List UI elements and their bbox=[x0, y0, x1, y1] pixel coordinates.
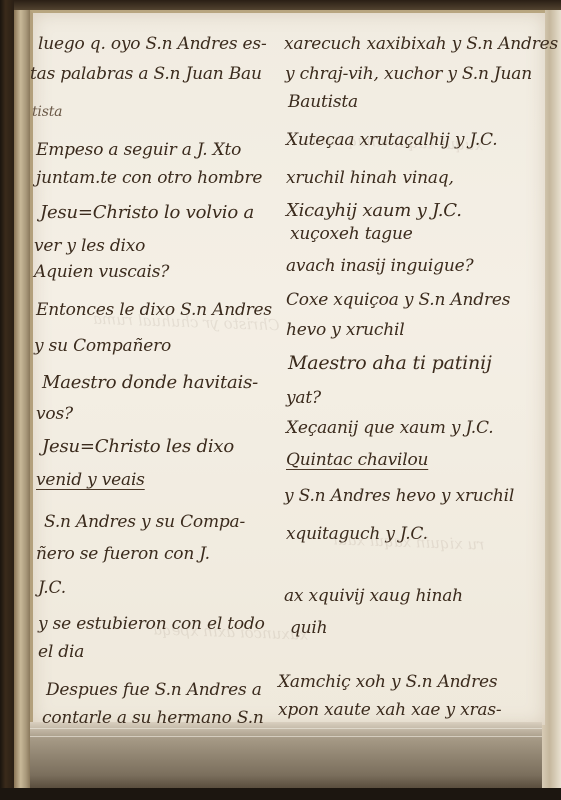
spanish-line: venid y veais bbox=[36, 470, 145, 490]
spanish-line: Empeso a seguir a J. Xto bbox=[36, 140, 241, 160]
kaqchikel-line: quih bbox=[290, 618, 327, 638]
kaqchikel-line: hevo y xruchil bbox=[286, 320, 404, 340]
spanish-line: Maestro donde havitais- bbox=[42, 372, 258, 393]
spanish-line: y su Compañero bbox=[34, 336, 171, 356]
kaqchikel-line: xarecuch xaxibixah y S.n Andres bbox=[284, 34, 558, 54]
kaqchikel-line: Maestro aha ti patinij bbox=[288, 352, 492, 374]
kaqchikel-line: xquitaguch y J.C. bbox=[286, 524, 428, 544]
spanish-line: y se estubieron con el todo bbox=[38, 614, 265, 634]
book-spine-left bbox=[0, 0, 14, 800]
kaqchikel-line: Xamchiç xoh y S.n Andres bbox=[278, 672, 497, 692]
kaqchikel-line: y S.n Andres hevo y xruchil bbox=[284, 486, 514, 506]
kaqchikel-line: y chraj-vih, xuchor y S.n Juan bbox=[285, 64, 532, 84]
spanish-line: ñero se fueron con J. bbox=[36, 544, 210, 564]
spanish-line: contarle a su hermano S.n bbox=[42, 708, 264, 728]
spanish-line: Aquien vuscais? bbox=[34, 262, 169, 282]
kaqchikel-line: avach inasij inguigue? bbox=[286, 256, 473, 276]
kaqchikel-line: yat? bbox=[286, 388, 321, 408]
kaqchikel-line: Bautista bbox=[288, 92, 358, 112]
spanish-line: J.C. bbox=[38, 578, 66, 598]
spanish-line: el dia bbox=[38, 642, 84, 662]
spanish-line: juntam.te con otro hombre bbox=[36, 168, 262, 188]
kaqchikel-line: xruchil hinah vinaq, bbox=[286, 168, 454, 188]
spanish-line: Entonces le dixo S.n Andres bbox=[36, 300, 272, 320]
spanish-line: Despues fue S.n Andres a bbox=[46, 680, 262, 700]
spanish-line: tista bbox=[32, 104, 62, 120]
kaqchikel-line: Quintac chavilou bbox=[286, 450, 428, 470]
kaqchikel-line: Xuteçaa xrutaçalhij y J.C. bbox=[286, 130, 497, 150]
spanish-line: S.n Andres y su Compa- bbox=[44, 512, 245, 532]
kaqchikel-line: Xeçaanij que xaum y J.C. bbox=[286, 418, 493, 438]
page-stack-bottom-edge bbox=[30, 722, 542, 788]
spanish-line: tas palabras a S.n Juan Bau bbox=[30, 64, 262, 84]
kaqchikel-line: xuçoxeh tague bbox=[290, 224, 413, 244]
spanish-line: Jesu=Christo lo volvio a bbox=[40, 202, 254, 223]
book-bottom-binding bbox=[0, 788, 561, 800]
kaqchikel-line: ax xquivij xaug hinah bbox=[284, 586, 463, 606]
spanish-line: Jesu=Christo les dixo bbox=[42, 436, 234, 457]
spanish-line: vos? bbox=[36, 404, 73, 424]
kaqchikel-line: Xicayhij xaum y J.C. bbox=[286, 200, 462, 221]
spanish-line: luego q. oyo S.n Andres es- bbox=[38, 34, 266, 54]
kaqchikel-line: xpon xaute xah xae y xras- bbox=[278, 700, 501, 720]
kaqchikel-line: Coxe xquiçoa y S.n Andres bbox=[286, 290, 510, 310]
spanish-line: ver y les dixo bbox=[34, 236, 145, 256]
